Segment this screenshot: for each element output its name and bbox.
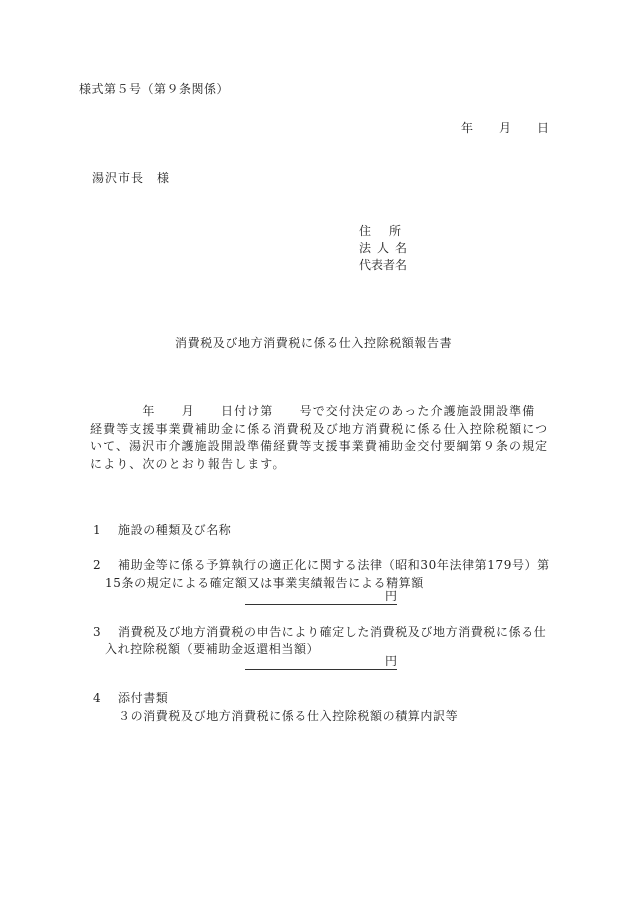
body-line: 年 月 日付け第 号で交付決定のあった介護施設開設準備 xyxy=(90,403,552,421)
date-month-label: 月 xyxy=(499,122,511,134)
item-text: 消費税及び地方消費税の申告により確定した消費税及び地方消費税に係る仕 xyxy=(118,625,546,639)
item-3: 3消費税及び地方消費税の申告により確定した消費税及び地方消費税に係る仕 xyxy=(93,623,546,640)
item-number: 4 xyxy=(93,691,118,705)
sender-address-label: 住所 xyxy=(359,224,419,238)
item-text: 添付書類 xyxy=(118,691,168,705)
item-3-amount-field[interactable]: 円 xyxy=(245,654,397,670)
item-1: 1施設の種類及び名称 xyxy=(93,521,231,538)
sender-representative-label: 代表者名 xyxy=(359,258,407,272)
sender-corporation-label: 法人名 xyxy=(359,241,413,255)
document-title: 消費税及び地方消費税に係る仕入控除税額報告書 xyxy=(175,337,452,349)
body-line: により、次のとおり報告します。 xyxy=(90,456,552,474)
body-line: 経費等支援事業費補助金に係る消費税及び地方消費税に係る仕入控除税額につ xyxy=(90,421,552,439)
date-line: 年月日 xyxy=(461,122,549,134)
item-number: 2 xyxy=(93,558,118,572)
item-text: 施設の種類及び名称 xyxy=(118,523,231,537)
attachment-description: ３の消費税及び地方消費税に係る仕入控除税額の積算内訳等 xyxy=(93,707,458,724)
item-number: 1 xyxy=(93,523,118,537)
sender-block: 住所 法人名 代表者名 xyxy=(359,223,419,274)
item-number: 3 xyxy=(93,625,118,639)
date-year-label: 年 xyxy=(461,122,473,134)
yen-unit: 円 xyxy=(385,654,397,668)
item-4: 4添付書類 xyxy=(93,689,168,706)
item-2: 2補助金等に係る予算執行の適正化に関する法律（昭和30年法律第179号）第 xyxy=(93,556,550,573)
item-text: 補助金等に係る予算執行の適正化に関する法律（昭和30年法律第179号）第 xyxy=(118,558,550,572)
body-line: いて、湯沢市介護施設開設準備経費等支援事業費補助金交付要綱第９条の規定 xyxy=(90,438,552,456)
form-number: 様式第５号（第９条関係） xyxy=(79,83,229,95)
yen-unit: 円 xyxy=(385,589,397,603)
date-day-label: 日 xyxy=(537,122,549,134)
addressee: 湯沢市長 様 xyxy=(92,172,170,184)
body-paragraph: 年 月 日付け第 号で交付決定のあった介護施設開設準備 経費等支援事業費補助金に… xyxy=(90,403,552,473)
item-2-amount-field[interactable]: 円 xyxy=(245,589,397,605)
